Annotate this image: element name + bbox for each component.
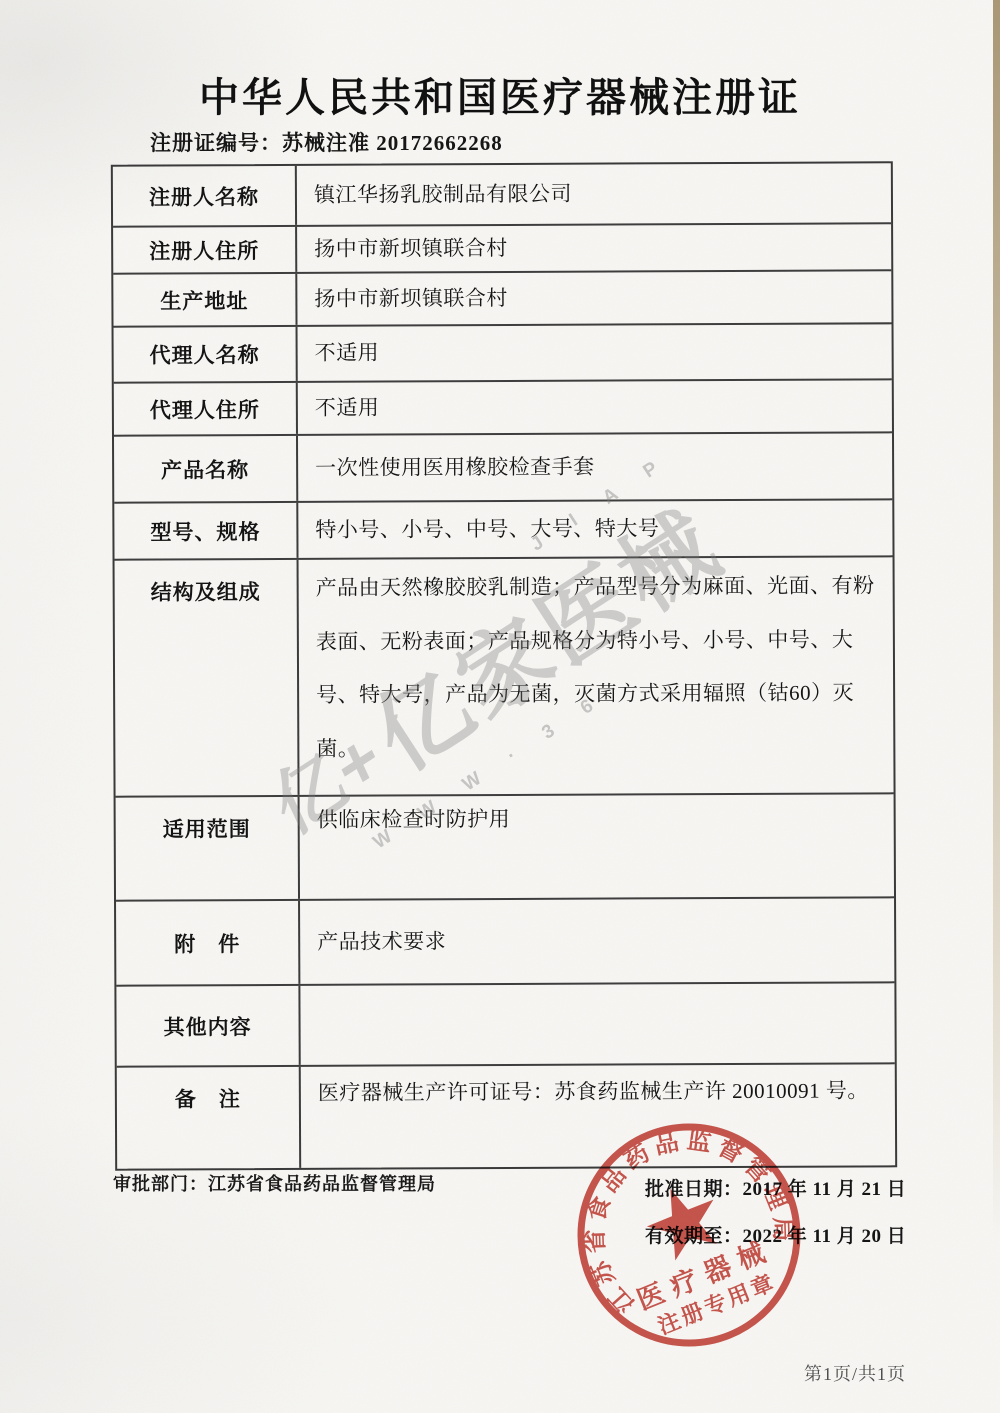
row-value: 扬中市新坝镇联合村	[297, 271, 891, 325]
row-label: 适用范围	[116, 797, 300, 900]
registration-number-value: 苏械注准 20172662268	[282, 131, 503, 155]
certificate-page: 中华人民共和国医疗器械注册证 注册证编号：苏械注准 20172662268 注册…	[0, 0, 1000, 1413]
row-value: 供临床检查时防护用	[300, 794, 894, 899]
certificate-title: 中华人民共和国医疗器械注册证	[0, 66, 1000, 123]
certificate-table: 注册人名称 镇江华扬乳胶制品有限公司 注册人住所 扬中市新坝镇联合村 生产地址 …	[111, 161, 897, 1170]
scanned-page-edge	[993, 0, 1000, 1240]
table-row: 附 件 产品技术要求	[116, 896, 894, 984]
row-value: 产品技术要求	[300, 898, 894, 984]
row-value: 镇江华扬乳胶制品有限公司	[297, 163, 891, 225]
row-label: 注册人名称	[113, 166, 297, 226]
table-row: 其他内容	[116, 981, 894, 1065]
table-row: 备 注 医疗器械生产许可证号：苏食药监械生产许 20010091 号。	[117, 1062, 895, 1168]
row-label: 生产地址	[113, 274, 297, 326]
approval-date-line: 批准日期：2017 年 11 月 21 日	[645, 1174, 906, 1201]
row-label: 型号、规格	[114, 503, 298, 559]
row-label: 产品名称	[114, 436, 298, 502]
registration-number-line: 注册证编号：苏械注准 20172662268	[150, 127, 503, 157]
row-label: 其他内容	[116, 986, 300, 1066]
row-label: 注册人住所	[113, 227, 297, 273]
row-label: 代理人住所	[114, 383, 298, 435]
table-row: 生产地址 扬中市新坝镇联合村	[113, 269, 891, 325]
stamp-text-line2: 注册专用章	[654, 1269, 779, 1339]
row-value: 产品由天然橡胶胶乳制造；产品型号分为麻面、光面、有粉表面、无粉表面；产品规格分为…	[299, 557, 894, 795]
approval-date-value: 2017 年 11 月 21 日	[743, 1179, 907, 1200]
approval-department: 审批部门：江苏省食品药品监督管理局	[113, 1170, 436, 1196]
row-label: 备 注	[117, 1067, 301, 1169]
row-value: 扬中市新坝镇联合村	[297, 224, 891, 272]
row-label: 代理人名称	[114, 327, 298, 382]
registration-number-label: 注册证编号：	[150, 131, 282, 155]
table-row: 代理人名称 不适用	[114, 322, 892, 381]
row-label: 附 件	[116, 901, 300, 985]
table-row: 注册人名称 镇江华扬乳胶制品有限公司	[113, 163, 891, 225]
row-value: 一次性使用医用橡胶检查手套	[298, 433, 892, 501]
row-value	[300, 983, 894, 1065]
row-value: 不适用	[298, 380, 892, 434]
row-value: 不适用	[298, 324, 892, 381]
table-row: 型号、规格 特小号、小号、中号、大号、特大号	[114, 498, 892, 558]
table-row: 适用范围 供临床检查时防护用	[116, 792, 894, 899]
approval-date-label: 批准日期：	[645, 1179, 743, 1200]
table-row: 代理人住所 不适用	[114, 378, 892, 434]
table-row: 结构及组成 产品由天然橡胶胶乳制造；产品型号分为麻面、光面、有粉表面、无粉表面；…	[115, 555, 894, 795]
date-block: 批准日期：2017 年 11 月 21 日 有效期至：2022 年 11 月 2…	[645, 1174, 906, 1268]
row-value: 特小号、小号、中号、大号、特大号	[298, 500, 892, 558]
table-row: 注册人住所 扬中市新坝镇联合村	[113, 222, 891, 272]
row-value: 医疗器械生产许可证号：苏食药监械生产许 20010091 号。	[301, 1064, 895, 1168]
table-row: 产品名称 一次性使用医用橡胶检查手套	[114, 431, 892, 501]
page-indicator: 第1页/共1页	[804, 1360, 906, 1386]
row-label: 结构及组成	[115, 560, 300, 796]
valid-until-value: 2022 年 11 月 20 日	[743, 1226, 907, 1247]
valid-until-label: 有效期至：	[645, 1226, 743, 1247]
valid-until-line: 有效期至：2022 年 11 月 20 日	[645, 1221, 906, 1248]
